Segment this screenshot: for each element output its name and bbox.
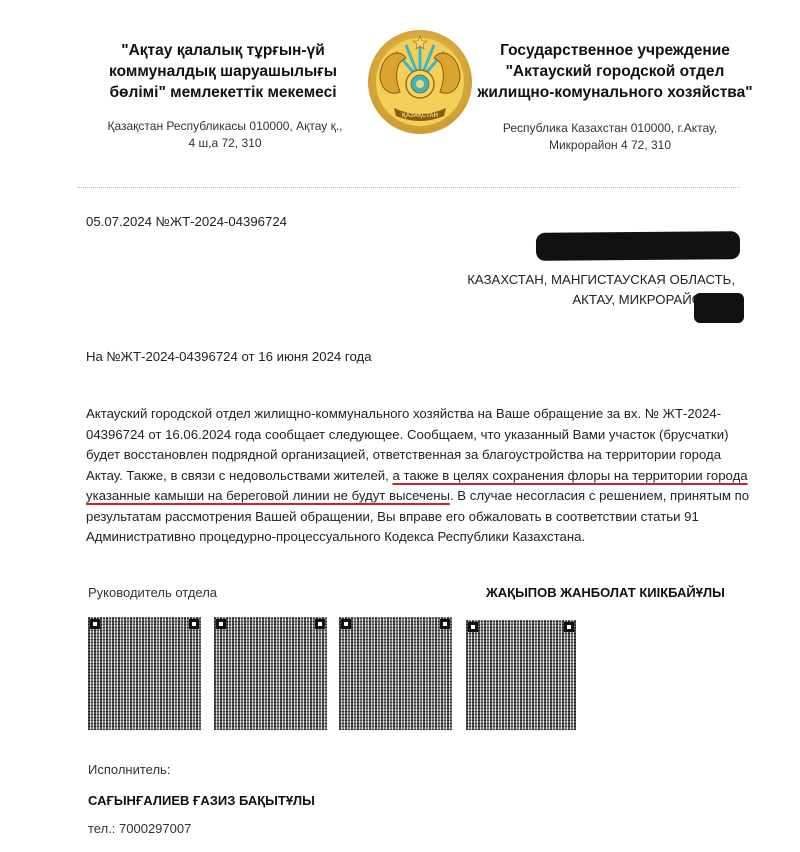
- org-name-kazakh-line-1: "Ақтау қалалық тұрғын-үй: [88, 40, 358, 61]
- qr-code-icon: [214, 617, 327, 730]
- executor-phone: тел.: 7000297007: [88, 821, 191, 836]
- org-address-kazakh-line-2: 4 ш,а 72, 310: [80, 135, 370, 152]
- qr-code-icon: [339, 617, 452, 730]
- outgoing-reference: 05.07.2024 №ЖТ-2024-04396724: [86, 214, 287, 229]
- org-address-russian: Республика Казахстан 010000, г.Актау, Ми…: [470, 120, 750, 154]
- org-address-russian-line-1: Республика Казахстан 010000, г.Актау,: [470, 120, 750, 137]
- org-name-russian-line-1: Государственное учреждение: [470, 40, 760, 61]
- org-name-kazakh-line-3: бөлімі" мемлекеттік мекемесі: [88, 82, 358, 103]
- executor-name: САҒЫНҒАЛИЕВ ҒАЗИЗ БАҚЫТҰЛЫ: [88, 793, 315, 808]
- letter-body: Актауский городской отдел жилищно-коммун…: [86, 404, 752, 548]
- reply-reference: На №ЖТ-2024-04396724 от 16 июня 2024 год…: [86, 349, 372, 364]
- org-name-kazakh: "Ақтау қалалық тұрғын-үй коммуналдық шар…: [88, 40, 358, 103]
- org-name-russian-line-2: "Актауский городской отдел: [470, 61, 760, 82]
- redacted-recipient-name: [536, 231, 740, 261]
- recipient-address-line-1: КАЗАХСТАН, МАНГИСТАУСКАЯ ОБЛАСТЬ,: [400, 270, 735, 290]
- state-emblem-icon: ҚАЗАҚСТАН: [366, 28, 474, 136]
- signer-name: ЖАҚЫПОВ ЖАНБОЛАТ КИІКБАЙҰЛЫ: [486, 585, 725, 600]
- header-separator: [78, 187, 740, 188]
- org-name-russian-line-3: жилищно-комунального хозяйства": [470, 82, 760, 103]
- org-address-russian-line-2: Микрорайон 4 72, 310: [470, 137, 750, 154]
- recipient-address: КАЗАХСТАН, МАНГИСТАУСКАЯ ОБЛАСТЬ, АКТАУ,…: [400, 270, 735, 310]
- signer-role: Руководитель отдела: [88, 585, 217, 600]
- recipient-address-line-2: АКТАУ, МИКРОРАЙОН 7 А: [400, 290, 735, 310]
- qr-code-icon: [88, 617, 201, 730]
- org-address-kazakh: Қазақстан Республикасы 010000, Ақтау қ.,…: [80, 118, 370, 152]
- org-name-russian: Государственное учреждение "Актауский го…: [470, 40, 760, 103]
- redacted-address-detail: [694, 293, 744, 323]
- qr-code-icon: [466, 620, 576, 730]
- emblem-inscription: ҚАЗАҚСТАН: [402, 113, 438, 119]
- executor-label: Исполнитель:: [88, 762, 170, 777]
- org-name-kazakh-line-2: коммуналдық шаруашылығы: [88, 61, 358, 82]
- org-address-kazakh-line-1: Қазақстан Республикасы 010000, Ақтау қ.,: [80, 118, 370, 135]
